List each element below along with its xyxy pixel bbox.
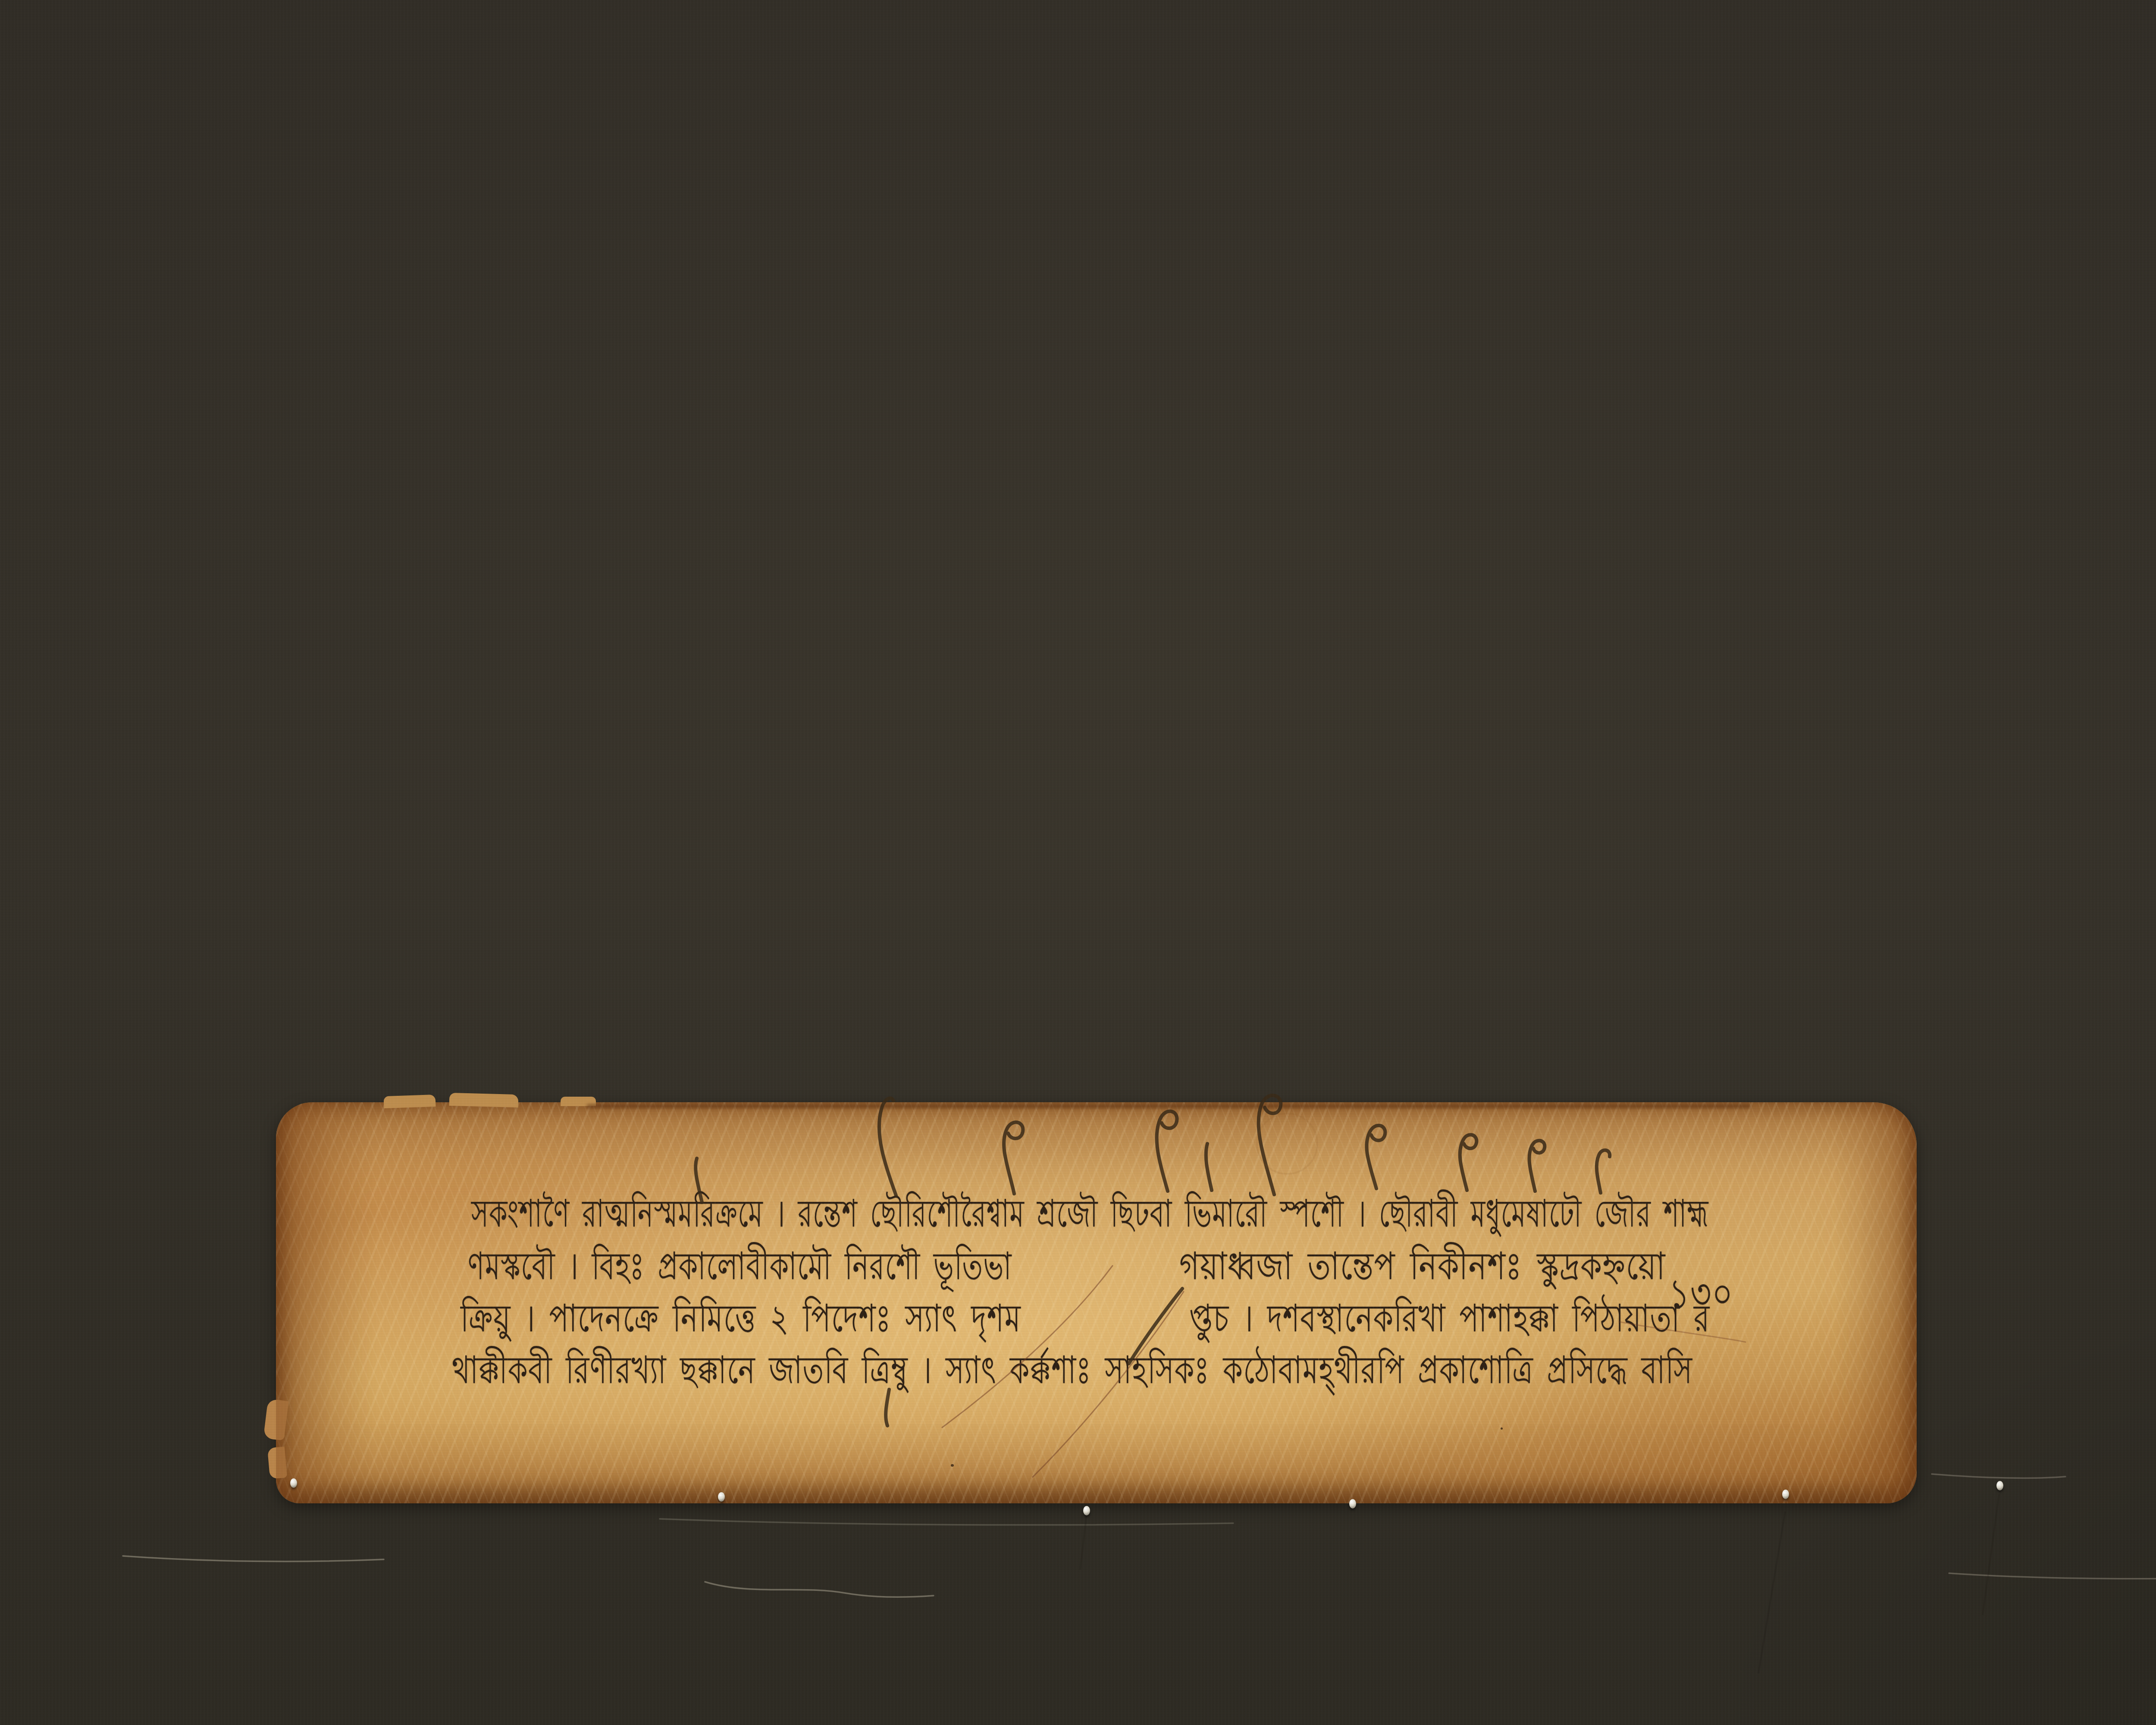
scratch-line xyxy=(1932,1474,2065,1478)
folio-number: ১৩০ xyxy=(1669,1273,1733,1314)
manuscript-leaf: সকংশাণৈ রাত্মনিস্মমরিক্রমে । রন্তেশ ছৌরি… xyxy=(276,1102,1917,1503)
text-line-3-right: প্তুচ । দশবস্থানেকরিখা পাশাহক্কা পিঠায়া… xyxy=(1189,1299,1710,1337)
pin-shadow xyxy=(1983,1494,1999,1615)
text-line-2-right: গয়াধ্বজা তান্তেপ নিকীনশঃ স্কুদ্রকহ্নয়ো xyxy=(1179,1247,1666,1285)
scratch-line xyxy=(1949,1573,2156,1579)
pin-icon xyxy=(1083,1506,1090,1515)
scratch-line xyxy=(660,1519,1233,1525)
scratch-line xyxy=(123,1556,384,1562)
torn-edge-nub xyxy=(449,1093,519,1107)
torn-left-flap xyxy=(267,1446,287,1479)
pin-shadow xyxy=(1080,1515,1087,1570)
text-line-2-left: ণমস্কবৌ । বিহঃ প্রকালোবীকামৌ নিরশৌ ভূতিভ… xyxy=(468,1247,1012,1285)
pin-icon xyxy=(1782,1490,1789,1499)
torn-left-flap xyxy=(263,1399,289,1440)
text-line-4: থাক্কীকবী রিণীরখ্যা ছক্কানে জাতবি ত্রিম্… xyxy=(452,1351,1693,1389)
text-line-1: সকংশাণৈ রাত্মনিস্মমরিক্রমে । রন্তেশ ছৌরি… xyxy=(471,1195,1709,1233)
ink-speck xyxy=(951,1464,954,1467)
top-edge-crease xyxy=(586,1104,1751,1108)
pin-shadows xyxy=(1080,1494,1999,1673)
pin-shadow xyxy=(1758,1512,1785,1673)
pin-icon xyxy=(1349,1499,1356,1509)
pin-icon xyxy=(1996,1481,2003,1490)
torn-edge-nub xyxy=(384,1095,436,1108)
ink-speck xyxy=(1501,1427,1503,1430)
scratch-line xyxy=(705,1582,934,1597)
manuscript-photograph: সকংশাণৈ রাত্মনিস্মমরিক্রমে । রন্তেশ ছৌরি… xyxy=(0,0,2156,1725)
text-line-3-left: ক্রিয়ু । পাদেনক্রে নিমিত্তে ২ পিদেশঃ স্… xyxy=(461,1299,1021,1337)
pin-icon xyxy=(718,1492,725,1502)
pin-icon xyxy=(290,1478,297,1488)
